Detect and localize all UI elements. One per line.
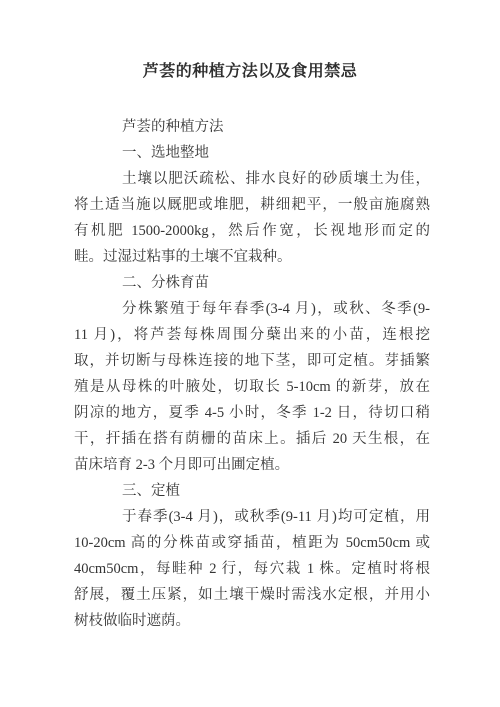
- text-line: 11 月)，将芦荟每株周围分蘖出来的小苗，连根挖: [74, 322, 430, 348]
- document-title: 芦荟的种植方法以及食用禁忌: [0, 59, 500, 85]
- document-page: 芦荟的种植方法以及食用禁忌 芦荟的种植方法一、选地整地土壤以肥沃疏松、排水良好的…: [0, 0, 500, 707]
- text-line: 土壤以肥沃疏松、排水良好的砂质壤土为佳，: [74, 166, 430, 192]
- text-line: 40cm50cm，每畦种 2 行，每穴栽 1 株。定植时将根: [74, 556, 430, 582]
- text-line: 取，并切断与母株连接的地下茎，即可定植。芽插繁: [74, 348, 430, 374]
- text-line: 阴凉的地方，夏季 4-5 小时，冬季 1-2 日，待切口稍: [74, 400, 430, 426]
- text-line: 舒展，覆土压紧，如土壤干燥时需浅水定根，并用小: [74, 582, 430, 608]
- document-body: 芦荟的种植方法一、选地整地土壤以肥沃疏松、排水良好的砂质壤土为佳，将土适当施以厩…: [74, 114, 430, 634]
- text-line: 畦。过湿过粘事的土壤不宜栽种。: [74, 244, 430, 270]
- text-line: 分株繁殖于每年春季(3-4 月)，或秋、冬季(9-: [74, 296, 430, 322]
- text-line: 一、选地整地: [74, 140, 430, 166]
- text-line: 二、分株育苗: [74, 270, 430, 296]
- text-line: 殖是从母株的叶腋处，切取长 5-10cm 的新芽，放在: [74, 374, 430, 400]
- text-line: 10-20cm 高的分株苗或穿插苗，植距为 50cm50cm 或: [74, 530, 430, 556]
- text-line: 苗床培育 2-3 个月即可出圃定植。: [74, 452, 430, 478]
- text-line: 三、定植: [74, 478, 430, 504]
- text-line: 芦荟的种植方法: [74, 114, 430, 140]
- text-line: 有机肥 1500-2000kg，然后作宽，长视地形而定的: [74, 218, 430, 244]
- text-line: 于春季(3-4 月)，或秋季(9-11 月)均可定植，用: [74, 504, 430, 530]
- text-line: 干，扞插在搭有荫栅的苗床上。插后 20 天生根，在: [74, 426, 430, 452]
- text-line: 树枝做临时遮荫。: [74, 608, 430, 634]
- text-line: 将土适当施以厩肥或堆肥，耕细耙平，一般亩施腐熟: [74, 192, 430, 218]
